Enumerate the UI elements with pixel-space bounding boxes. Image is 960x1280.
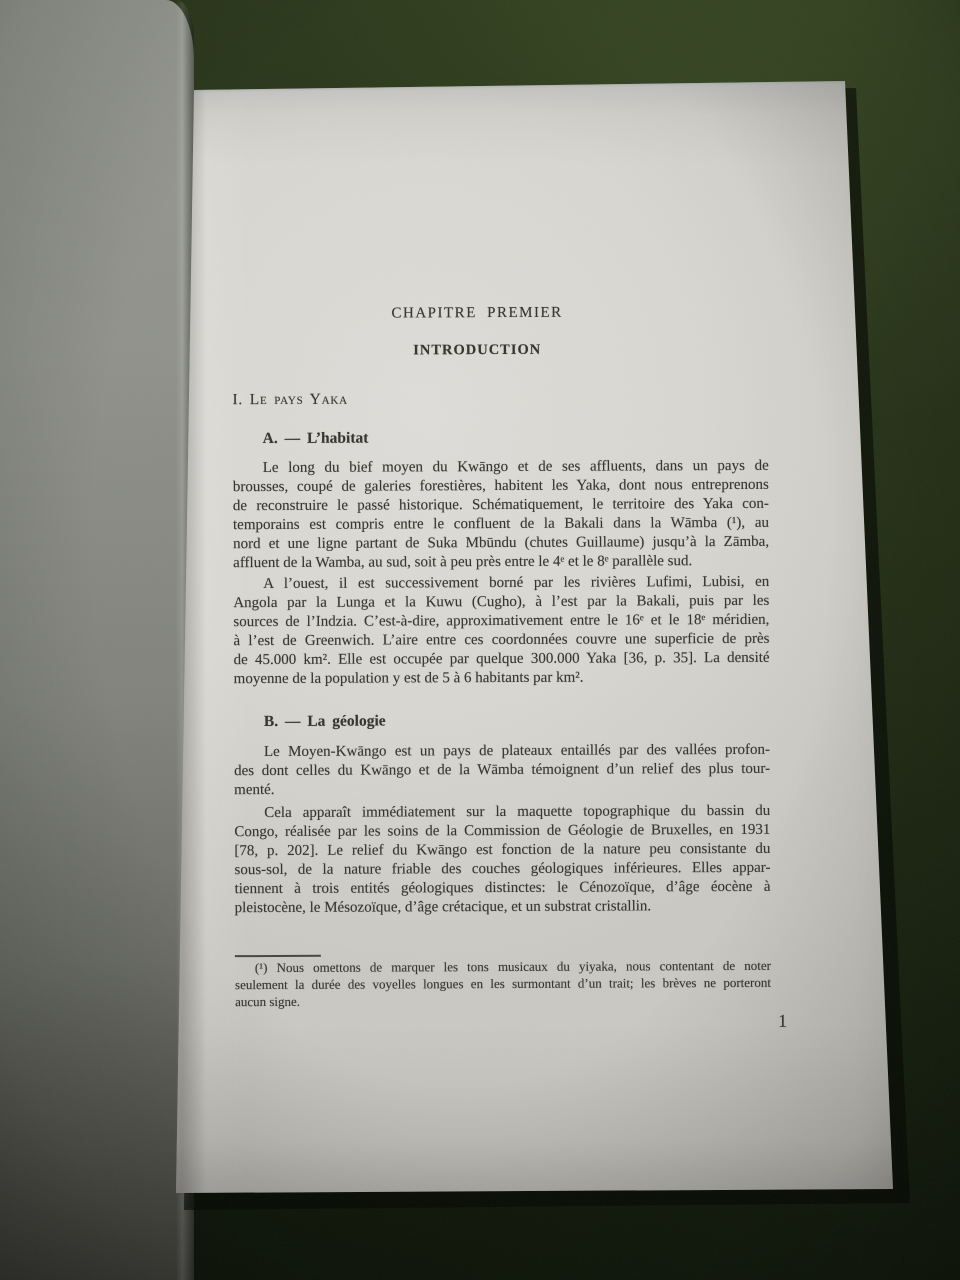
text-line: à l’est de Greenwich. L’aire entre ces c… <box>233 630 769 651</box>
text-line: Le long du bief moyen du Kwāngo et de se… <box>233 457 769 478</box>
section-heading-pays-yaka: I. Le pays Yaka <box>232 389 768 409</box>
paragraph-1: Le long du bief moyen du Kwāngo et de se… <box>233 457 769 573</box>
page-number: 1 <box>778 1011 787 1032</box>
printed-text-block: CHAPITRE PREMIER INTRODUCTION I. Le pays… <box>231 0 772 1120</box>
paragraph-3: Le Moyen-Kwāngo est un pays de plateaux … <box>234 741 770 800</box>
subsection-heading-geologie: B. — La géologie <box>234 711 770 731</box>
text-line: affluent de la Wamba, au sud, soit à peu… <box>233 552 769 573</box>
text-line: pleistocène, le Mésozoïque, d’âge crétac… <box>235 897 771 918</box>
text-line: de reconstruire le passé historique. Sch… <box>233 495 769 516</box>
text-line: sous-sol, de la nature friable des couch… <box>234 859 770 880</box>
chapter-title: CHAPITRE PREMIER <box>232 304 768 323</box>
text-line: nord et une ligne partant de Suka Mbūndu… <box>233 533 769 554</box>
paragraph-2: A l’ouest, il est successivement borné p… <box>233 573 769 689</box>
subsection-heading-habitat: A. — L’habitat <box>233 428 769 448</box>
introduction-title: INTRODUCTION <box>232 341 768 360</box>
footnote-rule <box>235 955 321 957</box>
book-photo-scene: CHAPITRE PREMIER INTRODUCTION I. Le pays… <box>0 0 960 1280</box>
footnote: (¹) Nous omettons de marquer les tons mu… <box>235 957 771 1010</box>
footnote-line: seulement la durée des voyelles longues … <box>235 974 771 993</box>
footnote-line: aucun signe. <box>235 991 771 1010</box>
text-line: Cela apparaît immédiatement sur la maque… <box>234 802 770 823</box>
text-line: des dont celles du Kwāngo et de la Wāmba… <box>234 760 770 781</box>
text-line: [78, p. 202]. Le relief du Kwāngo est fo… <box>234 840 770 861</box>
text-line: Le Moyen-Kwāngo est un pays de plateaux … <box>234 741 770 762</box>
text-line: temporains est compris entre le confluen… <box>233 514 769 535</box>
text-line: A l’ouest, il est successivement borné p… <box>233 573 769 594</box>
text-line: sources de l’Indzia. C’est-à-dire, appro… <box>233 611 769 632</box>
text-line: Congo, réalisée par les soins de la Comm… <box>234 821 770 842</box>
text-line: menté. <box>234 779 770 800</box>
text-line: moyenne de la population y est de 5 à 6 … <box>234 668 770 689</box>
left-page-stack <box>0 0 194 1280</box>
text-line: de 45.000 km². Elle est occupée par quel… <box>234 649 770 670</box>
text-line: Angola par la Lunga et la Kuwu (Cugho), … <box>233 592 769 613</box>
text-line: brousses, coupé de galeries forestières,… <box>233 476 769 497</box>
paragraph-4: Cela apparaît immédiatement sur la maque… <box>234 802 770 918</box>
text-line: tiennent à trois entités géologiques dis… <box>235 878 771 899</box>
